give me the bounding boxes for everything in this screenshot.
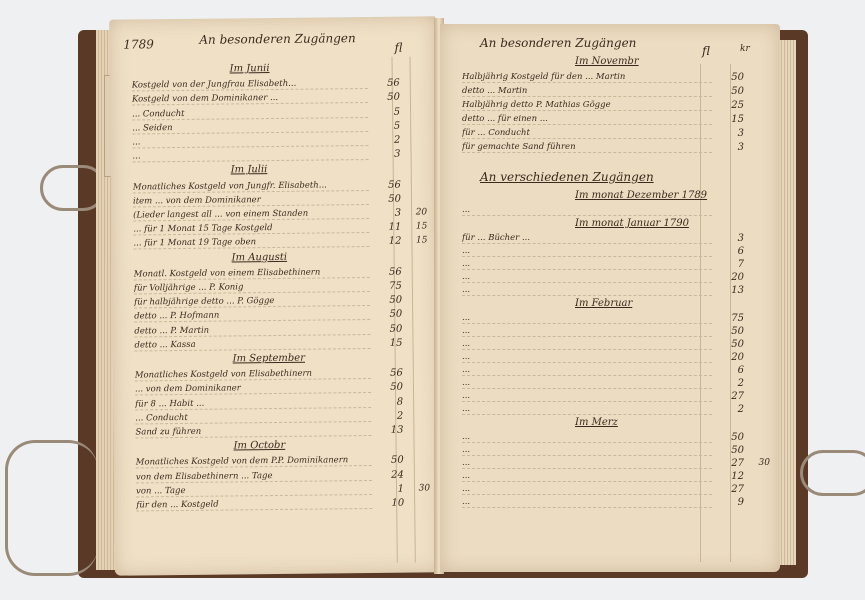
amount-kr (744, 445, 770, 456)
amount-kr (403, 410, 429, 421)
amount-fl: 6 (712, 246, 744, 257)
entry-text: ... (462, 432, 712, 443)
month-heading: Im Octobr (234, 440, 286, 452)
amount-fl: 56 (371, 368, 403, 379)
entry-text: ... (462, 471, 712, 482)
amount-kr (744, 285, 770, 296)
entry-text: (Lieder langest all ... von einem Stande… (133, 208, 369, 221)
amount-fl: 50 (712, 86, 744, 97)
amount-kr: 30 (404, 483, 430, 494)
amount-kr (744, 100, 770, 111)
ledger-row: ... (462, 205, 770, 216)
amount-fl: 15 (370, 337, 402, 348)
amount-kr (744, 378, 770, 389)
amount-kr (404, 469, 430, 480)
amount-fl: 75 (370, 281, 402, 292)
amount-kr (744, 432, 770, 443)
amount-kr (744, 233, 770, 244)
amount-fl: 15 (712, 114, 744, 125)
entry-text: detto ... Martin (462, 86, 712, 97)
ledger-row: von ... Tage130 (136, 483, 430, 497)
entry-text: für gemachte Sand führen (462, 142, 712, 153)
amount-fl: 2 (712, 404, 744, 415)
ledger-row: Kostgeld von der Jungfrau Elisabeth...56 (132, 78, 426, 92)
entry-text: ... Conducht (132, 107, 368, 120)
ledger-row: ...50 (462, 326, 770, 337)
month-heading: Im Julii (231, 164, 268, 175)
entry-text: ... (462, 339, 712, 350)
ledger-row: ...50 (462, 445, 770, 456)
column-header-fl: fl (394, 41, 402, 55)
amount-kr (744, 326, 770, 337)
ledger-row: ...20 (462, 352, 770, 363)
entry-text: ... für 1 Monat 19 Tage oben (133, 236, 369, 249)
amount-fl: 50 (712, 432, 744, 443)
amount-fl: 3 (712, 142, 744, 153)
column-header-kr: kr (740, 44, 750, 54)
entry-text: ... (462, 378, 712, 389)
ledger-row: ... Seiden5 (132, 120, 426, 134)
ledger-row: ... Conducht5 (132, 106, 426, 120)
entry-text: für den ... Kostgeld (136, 498, 372, 511)
ledger-row: detto ... Martin50 (462, 86, 770, 97)
amount-kr (744, 205, 770, 216)
amount-kr: 30 (744, 458, 770, 469)
amount-fl: 12 (712, 471, 744, 482)
ledger-row: für den ... Kostgeld10 (136, 497, 430, 511)
amount-kr (404, 455, 430, 466)
entry-text: ... für 1 Monat 15 Tage Kostgeld (133, 222, 369, 235)
amount-kr (400, 134, 426, 145)
amount-kr (403, 396, 429, 407)
entry-text: Halbjährig detto P. Mathias Gögge (462, 100, 712, 111)
amount-fl: 50 (368, 92, 400, 103)
amount-fl: 50 (712, 72, 744, 83)
amount-kr (402, 323, 428, 334)
entry-text: detto ... P. Hofmann (134, 309, 370, 322)
ledger-entries: Im JuniiKostgeld von der Jungfrau Elisab… (109, 16, 435, 19)
entry-text: für ... Conducht (462, 128, 712, 139)
amount-fl: 27 (712, 484, 744, 495)
amount-kr (744, 352, 770, 363)
ledger-row: Monatl. Kostgeld von einem Elisabethiner… (134, 266, 428, 280)
amount-kr (744, 72, 770, 83)
ledger-row: Monatliches Kostgeld von Elisabethinern5… (135, 368, 429, 382)
ledger-row: (Lieder langest all ... von einem Stande… (133, 207, 427, 221)
entry-text: ... (462, 313, 712, 324)
ledger-row: ... Conducht2 (135, 410, 429, 424)
amount-kr (400, 149, 426, 160)
tie-string-bottom (5, 440, 98, 576)
amount-fl: 13 (712, 285, 744, 296)
entry-text: ... (132, 149, 368, 162)
amount-fl (712, 205, 744, 216)
ledger-row: ...13 (462, 285, 770, 296)
amount-kr (744, 471, 770, 482)
ledger-row: ...2730 (462, 458, 770, 469)
amount-fl: 3 (712, 128, 744, 139)
amount-kr (744, 246, 770, 257)
amount-kr (401, 179, 427, 190)
entry-text: für halbjährige detto ... P. Gögge (134, 295, 370, 308)
entry-text: Kostgeld von der Jungfrau Elisabeth... (132, 78, 368, 91)
ledger-row: ... für 1 Monat 15 Tage Kostgeld1115 (133, 222, 427, 236)
amount-kr (744, 272, 770, 283)
amount-fl: 50 (370, 309, 402, 320)
ledger-row: ...9 (462, 497, 770, 508)
amount-fl: 5 (368, 120, 400, 131)
ledger-row: detto ... P. Hofmann50 (134, 309, 428, 323)
entry-text: ... (462, 285, 712, 296)
amount-fl: 6 (712, 365, 744, 376)
entry-text: detto ... P. Martin (134, 324, 370, 337)
amount-kr (403, 368, 429, 379)
amount-fl: 20 (712, 272, 744, 283)
ledger-row: ...27 (462, 391, 770, 402)
amount-kr (404, 497, 430, 508)
ledger-row: detto ... für einen ...15 (462, 114, 770, 125)
amount-fl: 7 (712, 259, 744, 270)
amount-fl: 27 (712, 458, 744, 469)
tie-string-right (800, 450, 865, 496)
entry-text: detto ... Kassa (134, 338, 370, 351)
amount-kr (401, 193, 427, 204)
entry-text: ... (462, 445, 712, 456)
amount-kr (402, 309, 428, 320)
amount-fl: 20 (712, 352, 744, 363)
amount-kr (400, 92, 426, 103)
ledger-row: Monatliches Kostgeld von Jungfr. Elisabe… (133, 179, 427, 193)
amount-fl: 50 (370, 295, 402, 306)
entry-text: ... (462, 404, 712, 415)
entry-text: ... von dem Dominikaner (135, 382, 371, 395)
amount-kr (744, 391, 770, 402)
amount-fl: 9 (712, 497, 744, 508)
ledger-row: Kostgeld von dem Dominikaner ...50 (132, 92, 426, 106)
ledger-row: ...3 (132, 149, 426, 163)
ledger-row: detto ... Kassa15 (134, 337, 428, 351)
entry-text: ... Seiden (132, 121, 368, 134)
entry-text: detto ... für einen ... (462, 114, 712, 125)
amount-kr (403, 382, 429, 393)
amount-kr (400, 120, 426, 131)
amount-kr: 15 (401, 222, 427, 233)
amount-fl: 56 (370, 266, 402, 277)
ledger-row: ...6 (462, 365, 770, 376)
entry-text: Kostgeld von dem Dominikaner ... (132, 92, 368, 105)
amount-fl: 50 (371, 382, 403, 393)
entry-text: ... (462, 365, 712, 376)
amount-fl: 2 (371, 410, 403, 421)
amount-fl: 50 (712, 326, 744, 337)
amount-fl: 75 (712, 313, 744, 324)
amount-kr (744, 313, 770, 324)
amount-fl: 56 (369, 179, 401, 190)
ledger-row: ...50 (462, 432, 770, 443)
ledger-row: ... 6 (462, 246, 770, 257)
ledger-row: ...2 (462, 404, 770, 415)
year-label: 1789 (123, 37, 154, 51)
entry-text: von ... Tage (136, 484, 372, 497)
entry-text: ... (462, 272, 712, 283)
ledger-row: ... von dem Dominikaner50 (135, 382, 429, 396)
amount-kr: 15 (401, 236, 427, 247)
ledger-row: ...75 (462, 313, 770, 324)
ledger-row: für halbjährige detto ... P. Gögge50 (134, 295, 428, 309)
ledger-row: für ... Conducht3 (462, 128, 770, 139)
amount-fl: 50 (369, 193, 401, 204)
ledger-row: für 8 ... Habit ...8 (135, 396, 429, 410)
amount-kr (402, 280, 428, 291)
entry-text: ... (462, 497, 712, 508)
ledger-row: Sand zu führen13 (135, 424, 429, 438)
entry-text: item ... von dem Dominikaner (133, 194, 369, 207)
amount-fl: 11 (369, 222, 401, 233)
entry-text: ... (462, 205, 712, 216)
amount-kr (744, 365, 770, 376)
amount-fl: 56 (368, 78, 400, 89)
ledger-row: für ... Bücher ...3 (462, 233, 770, 244)
month-heading: Im Augusti (232, 251, 288, 263)
ledger-row: detto ... P. Martin50 (134, 323, 428, 337)
entry-text: für 8 ... Habit ... (135, 397, 371, 410)
entry-text: ... (462, 391, 712, 402)
month-heading: Im Junii (230, 63, 270, 74)
amount-fl: 27 (712, 391, 744, 402)
ledger-row: ...27 (462, 484, 770, 495)
month-heading: Im monat Dezember 1789 (575, 190, 707, 201)
month-heading: Im Merz (575, 417, 618, 428)
amount-kr (403, 424, 429, 435)
amount-fl: 24 (372, 469, 404, 480)
ledger-row: ...12 (462, 471, 770, 482)
column-header-fl: fl (702, 44, 710, 58)
amount-kr (744, 86, 770, 97)
month-heading: Im September (233, 353, 305, 365)
ledger-row: ...20 (462, 272, 770, 283)
entry-text: von dem Elisabethinern ... Tage (136, 470, 372, 483)
amount-kr (402, 337, 428, 348)
entry-text: Monatliches Kostgeld von dem P.P. Domini… (136, 455, 372, 468)
amount-kr (744, 404, 770, 415)
amount-fl: 1 (372, 483, 404, 494)
entry-text: ... (132, 135, 368, 148)
entry-text: für Volljährige ... P. Konig (134, 281, 370, 294)
entry-text: Sand zu führen (135, 425, 371, 438)
amount-kr (744, 259, 770, 270)
ledger-row: Halbjährig detto P. Mathias Gögge25 (462, 100, 770, 111)
entry-text: Monatl. Kostgeld von einem Elisabethiner… (134, 267, 370, 280)
amount-fl: 10 (372, 498, 404, 509)
amount-fl: 3 (368, 149, 400, 160)
entry-text: für ... Bücher ... (462, 233, 712, 244)
ledger-row: Halbjährig Kostgeld für den ... Martin50 (462, 72, 770, 83)
month-heading: Im Februar (575, 298, 632, 309)
amount-fl: 13 (371, 425, 403, 436)
entry-text: ... (462, 352, 712, 363)
ledger-row: für gemachte Sand führen3 (462, 142, 770, 153)
amount-kr: 20 (401, 207, 427, 218)
entry-text: ... (462, 484, 712, 495)
amount-fl: 3 (712, 233, 744, 244)
amount-fl: 50 (712, 339, 744, 350)
entry-text: ... (462, 246, 712, 257)
ledger-row: ...2 (462, 378, 770, 389)
amount-fl: 3 (369, 208, 401, 219)
ledger-row: ...2 (132, 134, 426, 148)
ledger-row: Monatliches Kostgeld von dem P.P. Domini… (136, 455, 430, 469)
right-page: An besonderen Zugängen fl kr Im NovembrH… (440, 24, 780, 572)
ledger-row: item ... von dem Dominikaner50 (133, 193, 427, 207)
ledger-row: ... für 1 Monat 19 Tage oben1215 (133, 236, 427, 250)
amount-kr (402, 266, 428, 277)
amount-fl: 50 (372, 455, 404, 466)
amount-fl: 8 (371, 396, 403, 407)
month-heading: Im monat Januar 1790 (575, 218, 689, 229)
amount-fl: 50 (712, 445, 744, 456)
amount-fl: 5 (368, 106, 400, 117)
entry-text: Monatliches Kostgeld von Jungfr. Elisabe… (133, 180, 369, 193)
amount-kr (744, 128, 770, 139)
amount-fl: 25 (712, 100, 744, 111)
entry-text: Halbjährig Kostgeld für den ... Martin (462, 72, 712, 83)
entry-text: ... Conducht (135, 411, 371, 424)
page-heading: An besonderen Zugängen (199, 31, 356, 47)
amount-kr (400, 106, 426, 117)
amount-kr (402, 295, 428, 306)
amount-kr (744, 339, 770, 350)
entry-text: ... (462, 326, 712, 337)
ledger-row: ...7 (462, 259, 770, 270)
amount-kr (744, 142, 770, 153)
ledger-row: ...50 (462, 339, 770, 350)
left-page: 1789 An besonderen Zugängen fl Im JuniiK… (109, 16, 441, 575)
page-heading: An besonderen Zugängen (480, 36, 636, 50)
amount-fl: 2 (712, 378, 744, 389)
entry-text: Monatliches Kostgeld von Elisabethinern (135, 368, 371, 381)
amount-fl: 50 (370, 323, 402, 334)
ledger-row: von dem Elisabethinern ... Tage24 (136, 469, 430, 483)
amount-fl: 12 (369, 236, 401, 247)
amount-kr (744, 114, 770, 125)
amount-fl: 2 (368, 135, 400, 146)
entry-text: ... (462, 458, 712, 469)
amount-kr (400, 78, 426, 89)
section-subheading: An verschiedenen Zugängen (480, 170, 654, 184)
month-heading: Im Novembr (575, 56, 639, 67)
page-edges-right (778, 40, 796, 565)
amount-kr (744, 497, 770, 508)
entry-text: ... (462, 259, 712, 270)
ledger-row: für Volljährige ... P. Konig75 (134, 280, 428, 294)
amount-kr (744, 484, 770, 495)
